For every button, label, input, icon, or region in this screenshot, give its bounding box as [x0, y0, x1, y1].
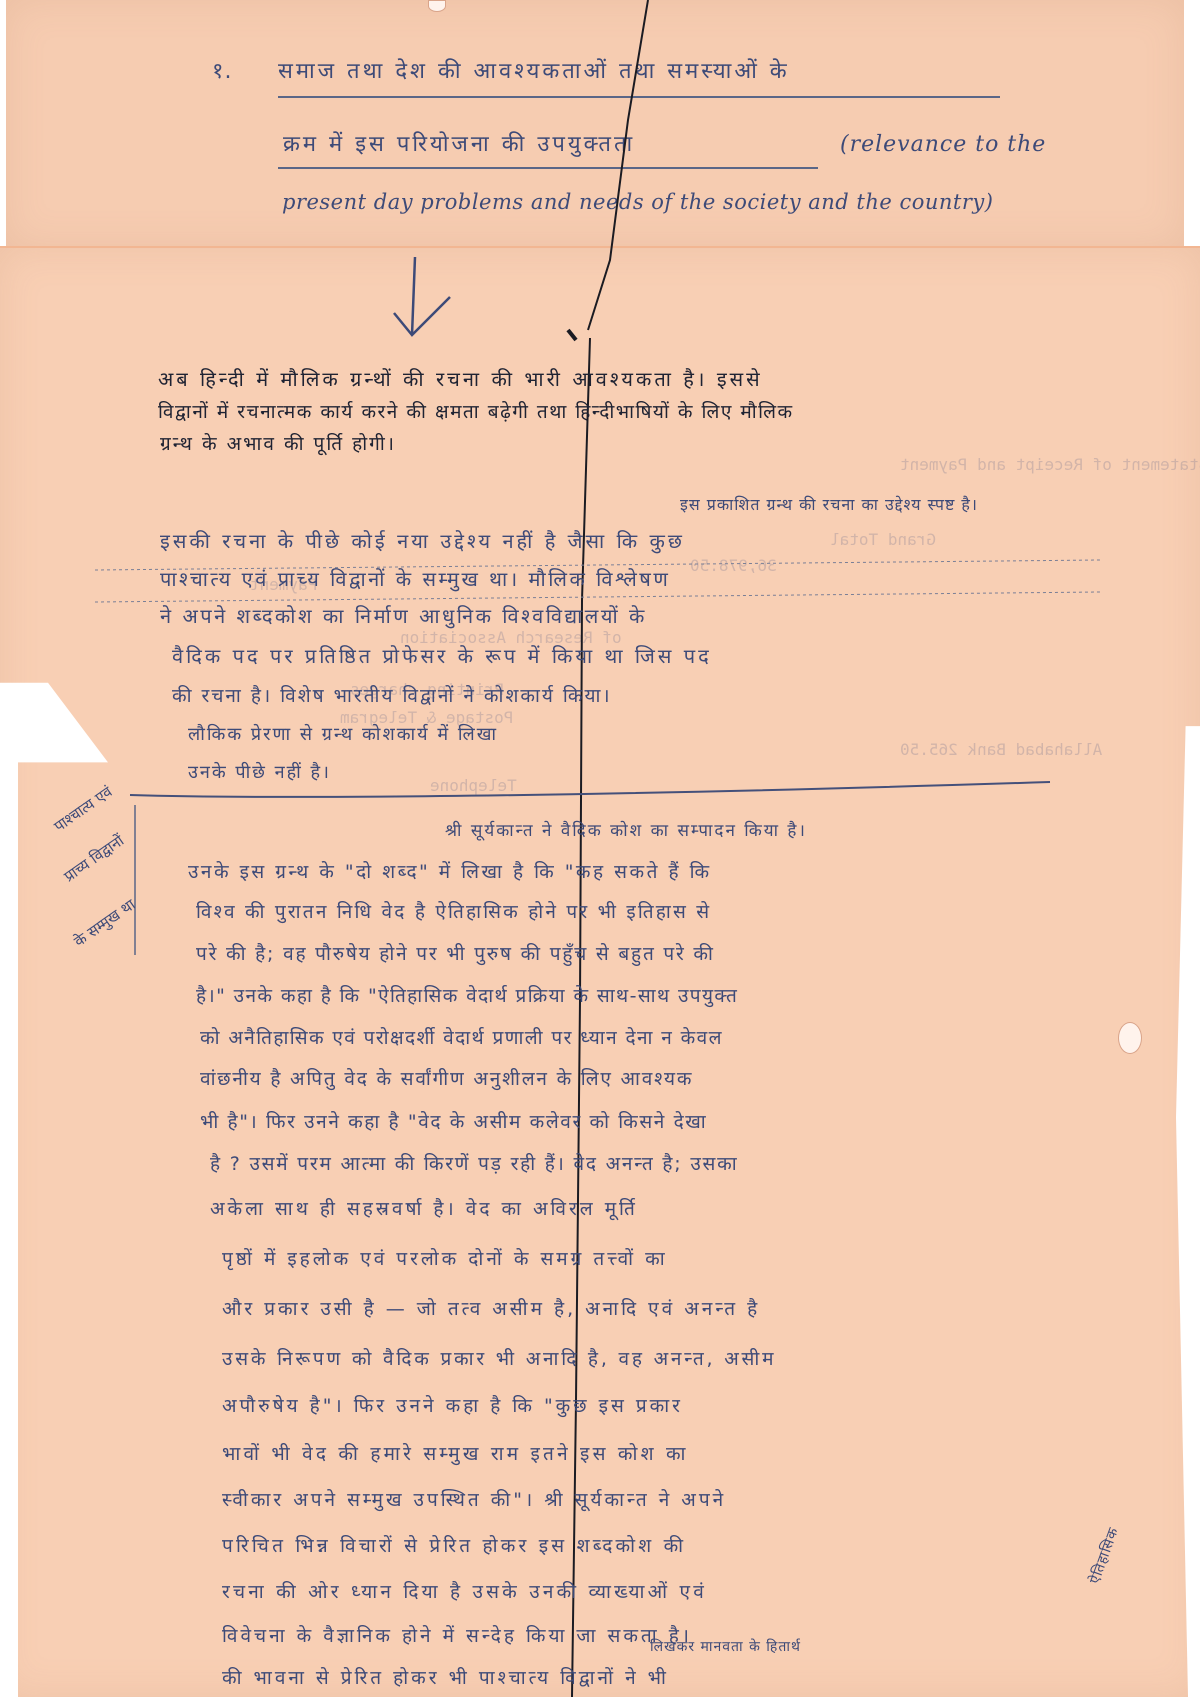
- paragraph-3-line: परिचित भिन्न विचारों से प्रेरित होकर इस …: [222, 1532, 686, 1558]
- paragraph-3-line: पृष्ठों में इहलोक एवं परलोक दोनों के समग…: [222, 1245, 668, 1271]
- paragraph-3-line: को अनैतिहासिक एवं परोक्षदर्शी वेदार्थ प्…: [200, 1024, 723, 1050]
- paragraph-2-line: वैदिक पद पर प्रतिष्ठित प्रोफेसर के रूप म…: [172, 642, 712, 669]
- paragraph-2-line: इसकी रचना के पीछे कोई नया उद्देश्य नहीं …: [160, 527, 685, 554]
- paragraph-2-line: ने अपने शब्दकोश का निर्माण आधुनिक विश्वव…: [160, 602, 647, 629]
- paragraph-2-line: लौकिक प्रेरणा से ग्रन्थ कोशकार्य में लिख…: [188, 722, 498, 746]
- paragraph-3-line: रचना की ओर ध्यान दिया है उसके उनकी व्याख…: [222, 1578, 707, 1604]
- paragraph-3-line: और प्रकार उसी है — जो तत्व असीम है, अनाद…: [222, 1295, 760, 1321]
- paragraph-1-line: विद्वानों में रचनात्मक कार्य करने की क्ष…: [158, 398, 794, 424]
- paragraph-2-line: उनके पीछे नहीं है।: [188, 760, 331, 784]
- paragraph-3-line: उसके निरूपण को वैदिक प्रकार भी अनादि है,…: [222, 1345, 776, 1371]
- paragraph-1-line: ग्रन्थ के अभाव की पूर्ति होगी।: [160, 430, 396, 456]
- paragraph-3-line: भी है"। फिर उनने कहा है "वेद के असीम कले…: [200, 1108, 707, 1134]
- paragraph-2-line: पाश्चात्य एवं प्राच्य विद्वानों के सम्मु…: [160, 565, 670, 592]
- paragraph-1-line: अब हिन्दी में मौलिक ग्रन्थों की रचना की …: [158, 365, 763, 392]
- paragraph-3-line: भावों भी वेद की हमारे सम्मुख राम इतने इस…: [222, 1440, 689, 1466]
- paragraph-3-line: उनके इस ग्रन्थ के "दो शब्द" में लिखा है …: [188, 858, 712, 884]
- paragraph-3-heading: श्री सूर्यकान्त ने वैदिक कोश का सम्पादन …: [445, 818, 807, 841]
- paragraph-3-line: वांछनीय है अपितु वेद के सर्वांगीण अनुशील…: [200, 1065, 693, 1091]
- paragraph-2-insert: इस प्रकाशित ग्रन्थ की रचना का उद्देश्य स…: [680, 493, 978, 515]
- paragraph-3-line: की भावना से प्रेरित होकर भी पाश्चात्य वि…: [222, 1664, 669, 1690]
- paragraph-3-line: परे की है; वह पौरुषेय होने पर भी पुरुष क…: [196, 940, 715, 966]
- paragraph-2-line: की रचना है। विशेष भारतीय विद्वानों ने को…: [172, 682, 612, 708]
- paragraph-3-line: अकेला साथ ही सहस्रवर्षा है। वेद का अविरल…: [210, 1195, 638, 1221]
- paragraph-3-line: विवेचना के वैज्ञानिक होने में सन्देह किय…: [222, 1622, 692, 1648]
- interlinear-insert: लिखकर मानवता के हितार्थ: [650, 1637, 801, 1656]
- paragraph-3-line: अपौरुषेय है"। फिर उनने कहा है कि "कुछ इस…: [222, 1392, 683, 1418]
- paragraph-3-line: है ? उसमें परम आत्मा की किरणें पड़ रही ह…: [210, 1150, 739, 1176]
- paragraph-3-line: स्वीकार अपने सम्मुख उपस्थित की"। श्री सू…: [222, 1486, 726, 1512]
- paragraph-3-line: है।" उनके कहा है कि "ऐतिहासिक वेदार्थ प्…: [196, 982, 738, 1008]
- paragraph-3-line: विश्व की पुरातन निधि वेद है ऐतिहासिक होन…: [196, 898, 711, 924]
